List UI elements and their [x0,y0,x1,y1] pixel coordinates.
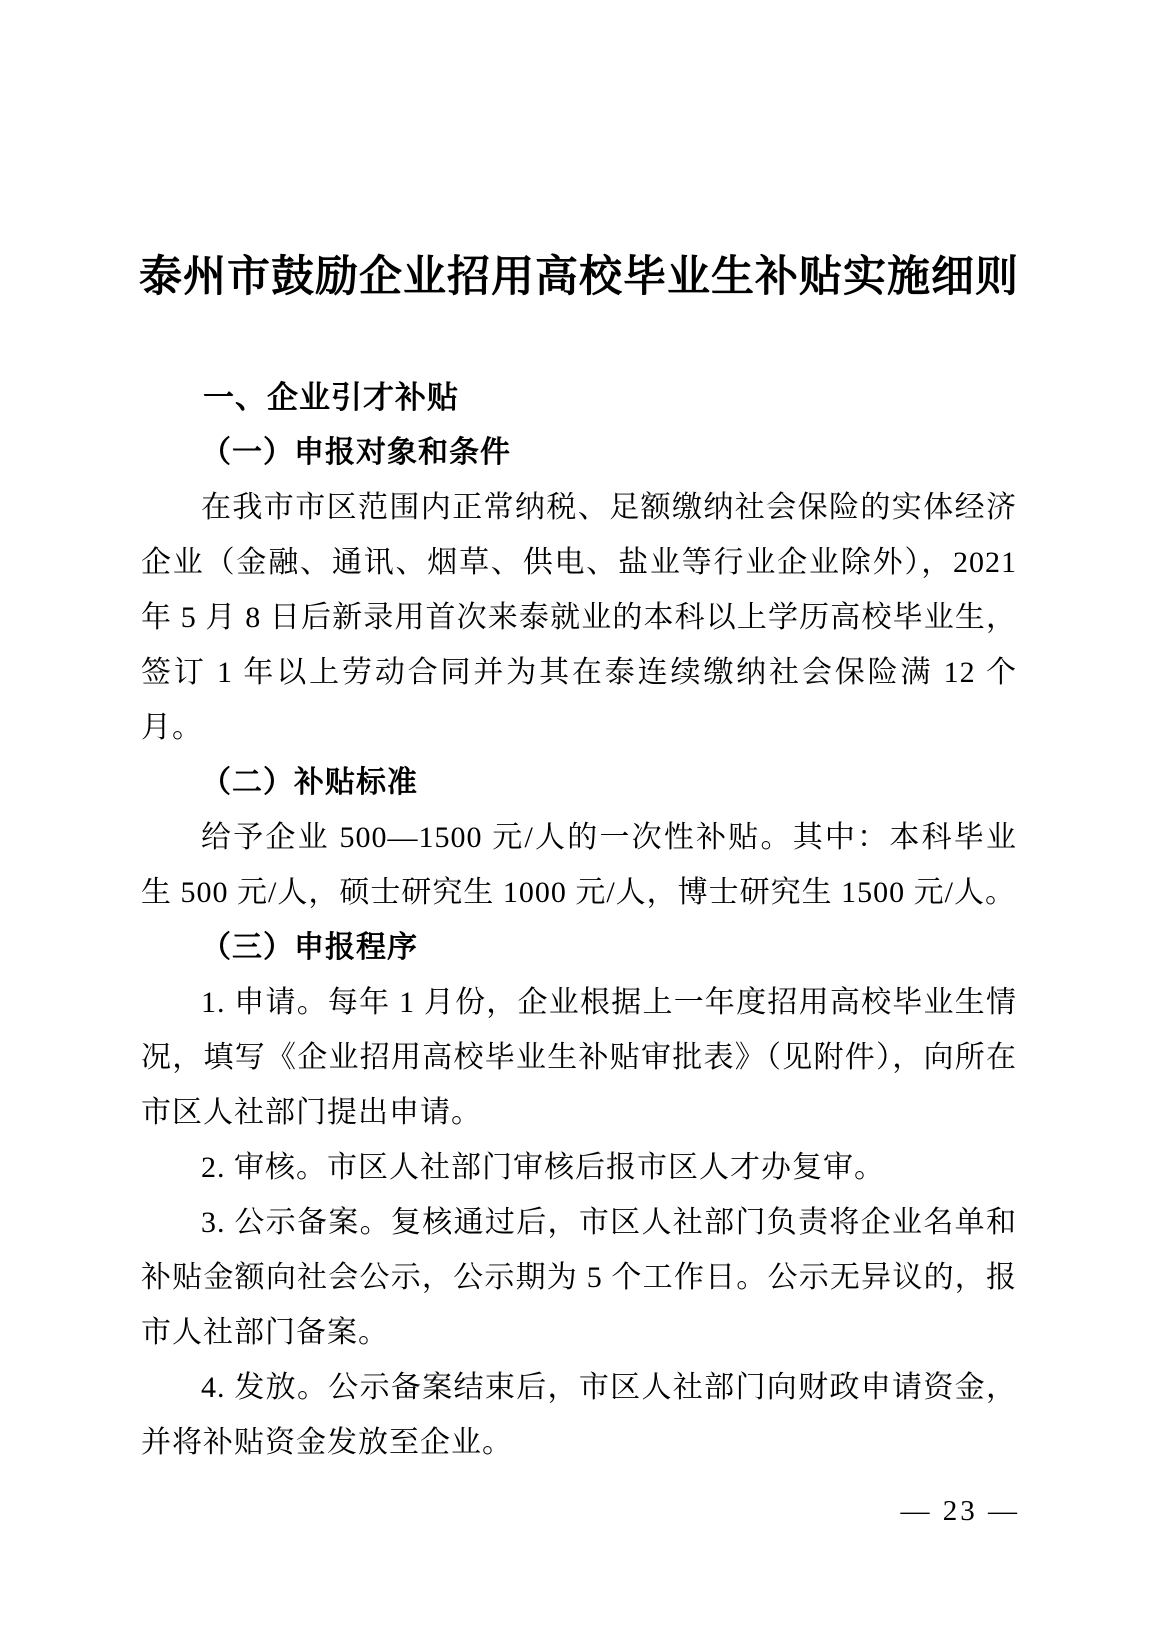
section-1-heading: 一、企业引才补贴 [141,370,1017,425]
subsection-2-heading: （二）补贴标准 [141,755,1017,810]
subsection-1-paragraph: 在我市市区范围内正常纳税、足额缴纳社会保险的实体经济企业（金融、通讯、烟草、供电… [141,480,1017,755]
document-page: 泰州市鼓励企业招用高校毕业生补贴实施细则 一、企业引才补贴 （一）申报对象和条件… [0,0,1158,1637]
document-title: 泰州市鼓励企业招用高校毕业生补贴实施细则 [0,248,1158,308]
document-body: 一、企业引才补贴 （一）申报对象和条件 在我市市区范围内正常纳税、足额缴纳社会保… [141,370,1017,1470]
subsection-3-step-1: 1. 申请。每年 1 月份，企业根据上一年度招用高校毕业生情况，填写《企业招用高… [141,975,1017,1140]
subsection-2-paragraph: 给予企业 500—1500 元/人的一次性补贴。其中：本科毕业生 500 元/人… [141,810,1017,920]
subsection-3-step-3: 3. 公示备案。复核通过后，市区人社部门负责将企业名单和补贴金额向社会公示，公示… [141,1195,1017,1360]
subsection-1-heading: （一）申报对象和条件 [141,425,1017,480]
subsection-3-step-2: 2. 审核。市区人社部门审核后报市区人才办复审。 [141,1140,1017,1195]
subsection-3-step-4: 4. 发放。公示备案结束后，市区人社部门向财政申请资金，并将补贴资金发放至企业。 [141,1360,1017,1470]
subsection-3-heading: （三）申报程序 [141,920,1017,975]
page-number: — 23 — [901,1494,1021,1528]
